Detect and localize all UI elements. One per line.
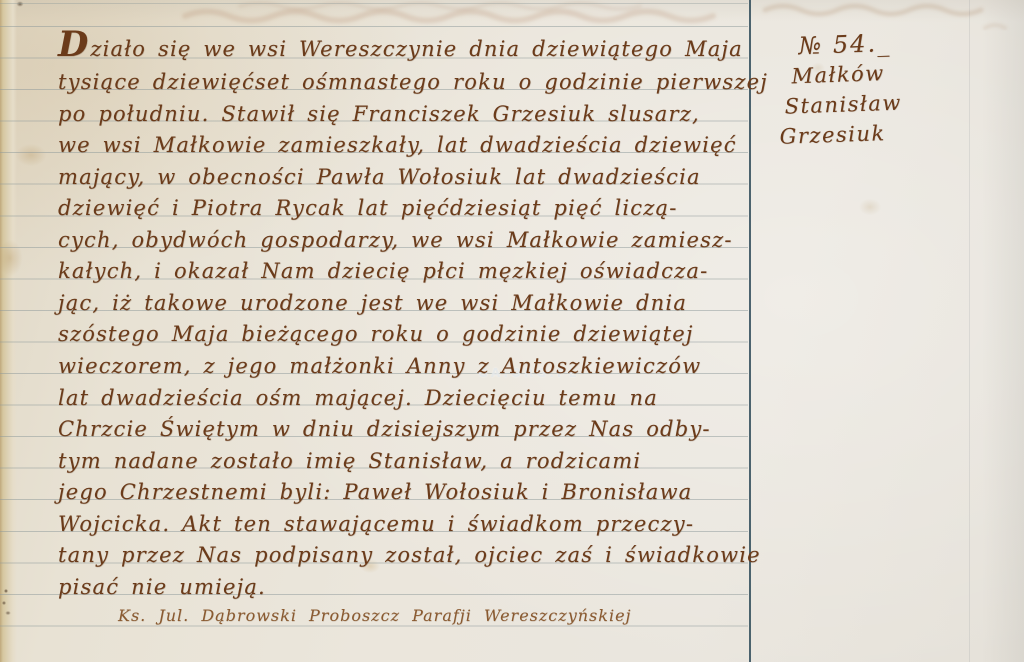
margin-annotation: № 54._ Małków Stanisław Grzesiuk — [776, 24, 1000, 152]
body-line: wieczorem, z jego małżonki Anny z Antosz… — [58, 342, 758, 374]
document-page: GA.ORG.PL Działo się we wsi Wereszczynie… — [0, 0, 1024, 662]
body-line: szóstego Maja bieżącego roku o godzinie … — [58, 311, 758, 343]
body-line: tym nadane zostało imię Stanisław, a rod… — [58, 437, 758, 469]
body-line: kałych, i okazał Nam dziecię płci męzkie… — [58, 248, 758, 280]
body-line: tysiące dziewięćset ośmnastego roku o go… — [58, 59, 758, 91]
body-line: tany przez Nas podpisany został, ojciec … — [58, 532, 758, 564]
record-body-text: Działo się we wsi Wereszczynie dnia dzie… — [58, 27, 758, 595]
body-line: we wsi Małkowie zamieszkały, lat dwadzie… — [58, 122, 758, 154]
body-line: mający, w obecności Pawła Wołosiuk lat d… — [58, 153, 758, 185]
body-line: jąc, iż takowe urodzone jest we wsi Małk… — [58, 279, 758, 311]
body-line: po południu. Stawił się Franciszek Grzes… — [58, 90, 758, 122]
body-line: lat dwadzieścia ośm mającej. Dziecięciu … — [58, 374, 758, 406]
body-line: dziewięć i Piotra Rycak lat pięćdziesiąt… — [58, 185, 758, 217]
priest-signature: Ks. Jul. Dąbrowski Proboszcz Parafji Wer… — [118, 606, 632, 625]
body-line: Wojcicka. Akt ten stawającemu i świadkom… — [58, 500, 758, 532]
body-line: Działo się we wsi Wereszczynie dnia dzie… — [58, 27, 758, 59]
margin-surname: Grzesiuk — [779, 114, 1000, 152]
ruled-line-top — [0, 3, 748, 4]
body-line: Chrzcie Świętym w dniu dzisiejszym przez… — [58, 406, 758, 438]
body-line: pisać nie umieją. — [58, 563, 758, 595]
body-line: jego Chrzestnemi byli: Paweł Wołosiuk i … — [58, 469, 758, 501]
body-line: cych, obydwóch gospodarzy, we wsi Małkow… — [58, 216, 758, 248]
